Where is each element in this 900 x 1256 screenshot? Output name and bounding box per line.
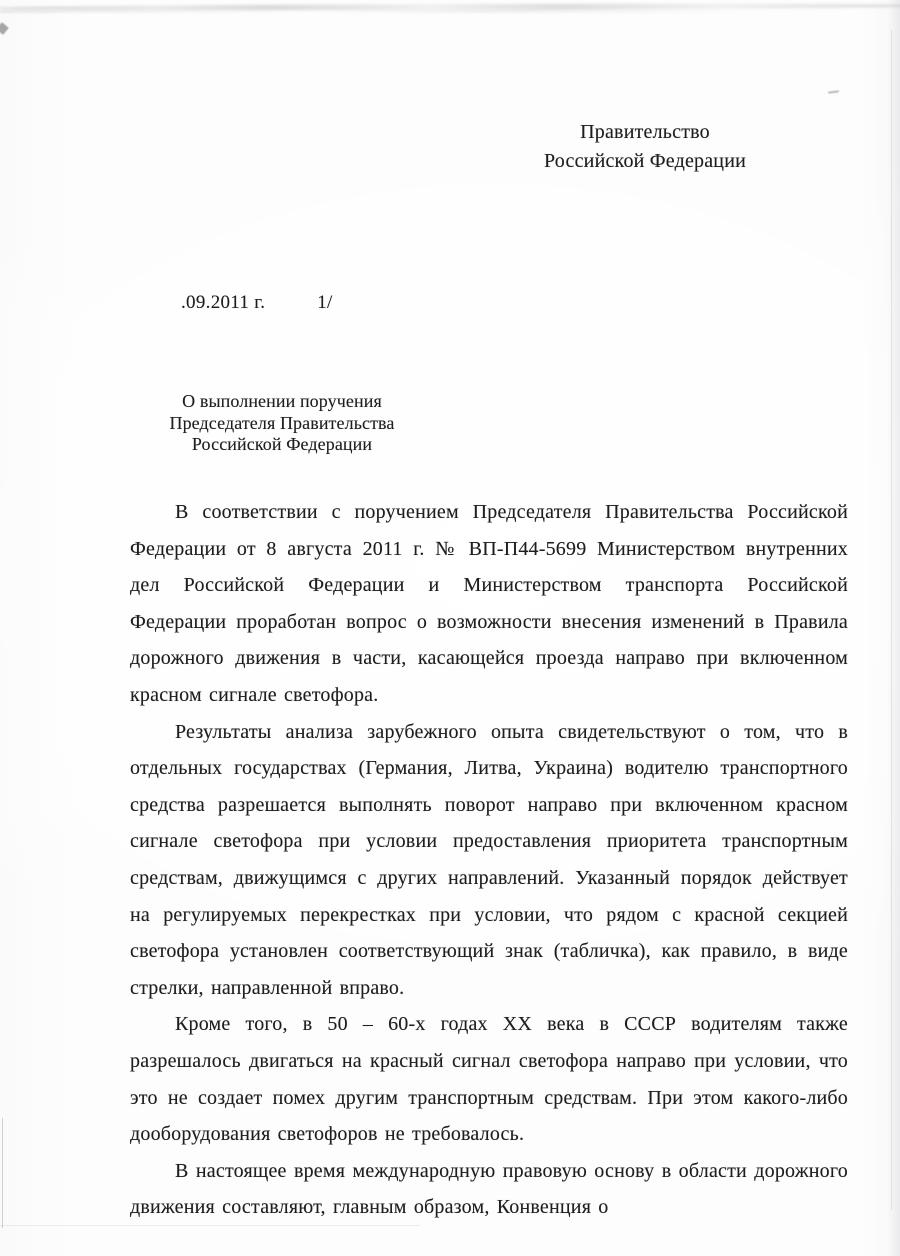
scan-right-edge-line (891, 30, 892, 1210)
scanned-letter-page: Правительство Российской Федерации .09.2… (0, 0, 900, 1256)
subject-line-3: Российской Федерации (146, 434, 418, 456)
letter-body: В соответствии с поручением Председателя… (130, 494, 848, 1226)
paragraph-3: Кроме того, в 50 – 60-х годах XX века в … (130, 1006, 848, 1152)
letterhead-line-2: Российской Федерации (520, 147, 770, 176)
dateline: .09.2011 г.1/ (181, 292, 333, 314)
date-value: .09.2011 г. (181, 292, 265, 313)
paragraph-4: В настоящее время международную правовую… (130, 1153, 848, 1226)
scan-left-edge-line (2, 1118, 3, 1228)
scan-corner-speck (0, 22, 9, 35)
paragraph-2: Результаты анализа зарубежного опыта сви… (130, 714, 848, 1007)
subject-line-1: О выполнении поручения (146, 391, 418, 413)
subject-line-2: Председателя Правительства (146, 413, 418, 435)
subject-block: О выполнении поручения Председателя Прав… (146, 391, 418, 456)
letterhead-line-1: Правительство (520, 118, 770, 147)
paragraph-1: В соответствии с поручением Председателя… (130, 494, 848, 714)
scan-right-edge-shadow (888, 0, 900, 1256)
letterhead: Правительство Российской Федерации (520, 118, 770, 176)
scan-pen-dash (828, 90, 839, 93)
scan-smudge-top-secondary (0, 10, 900, 13)
document-number: 1/ (317, 292, 332, 313)
